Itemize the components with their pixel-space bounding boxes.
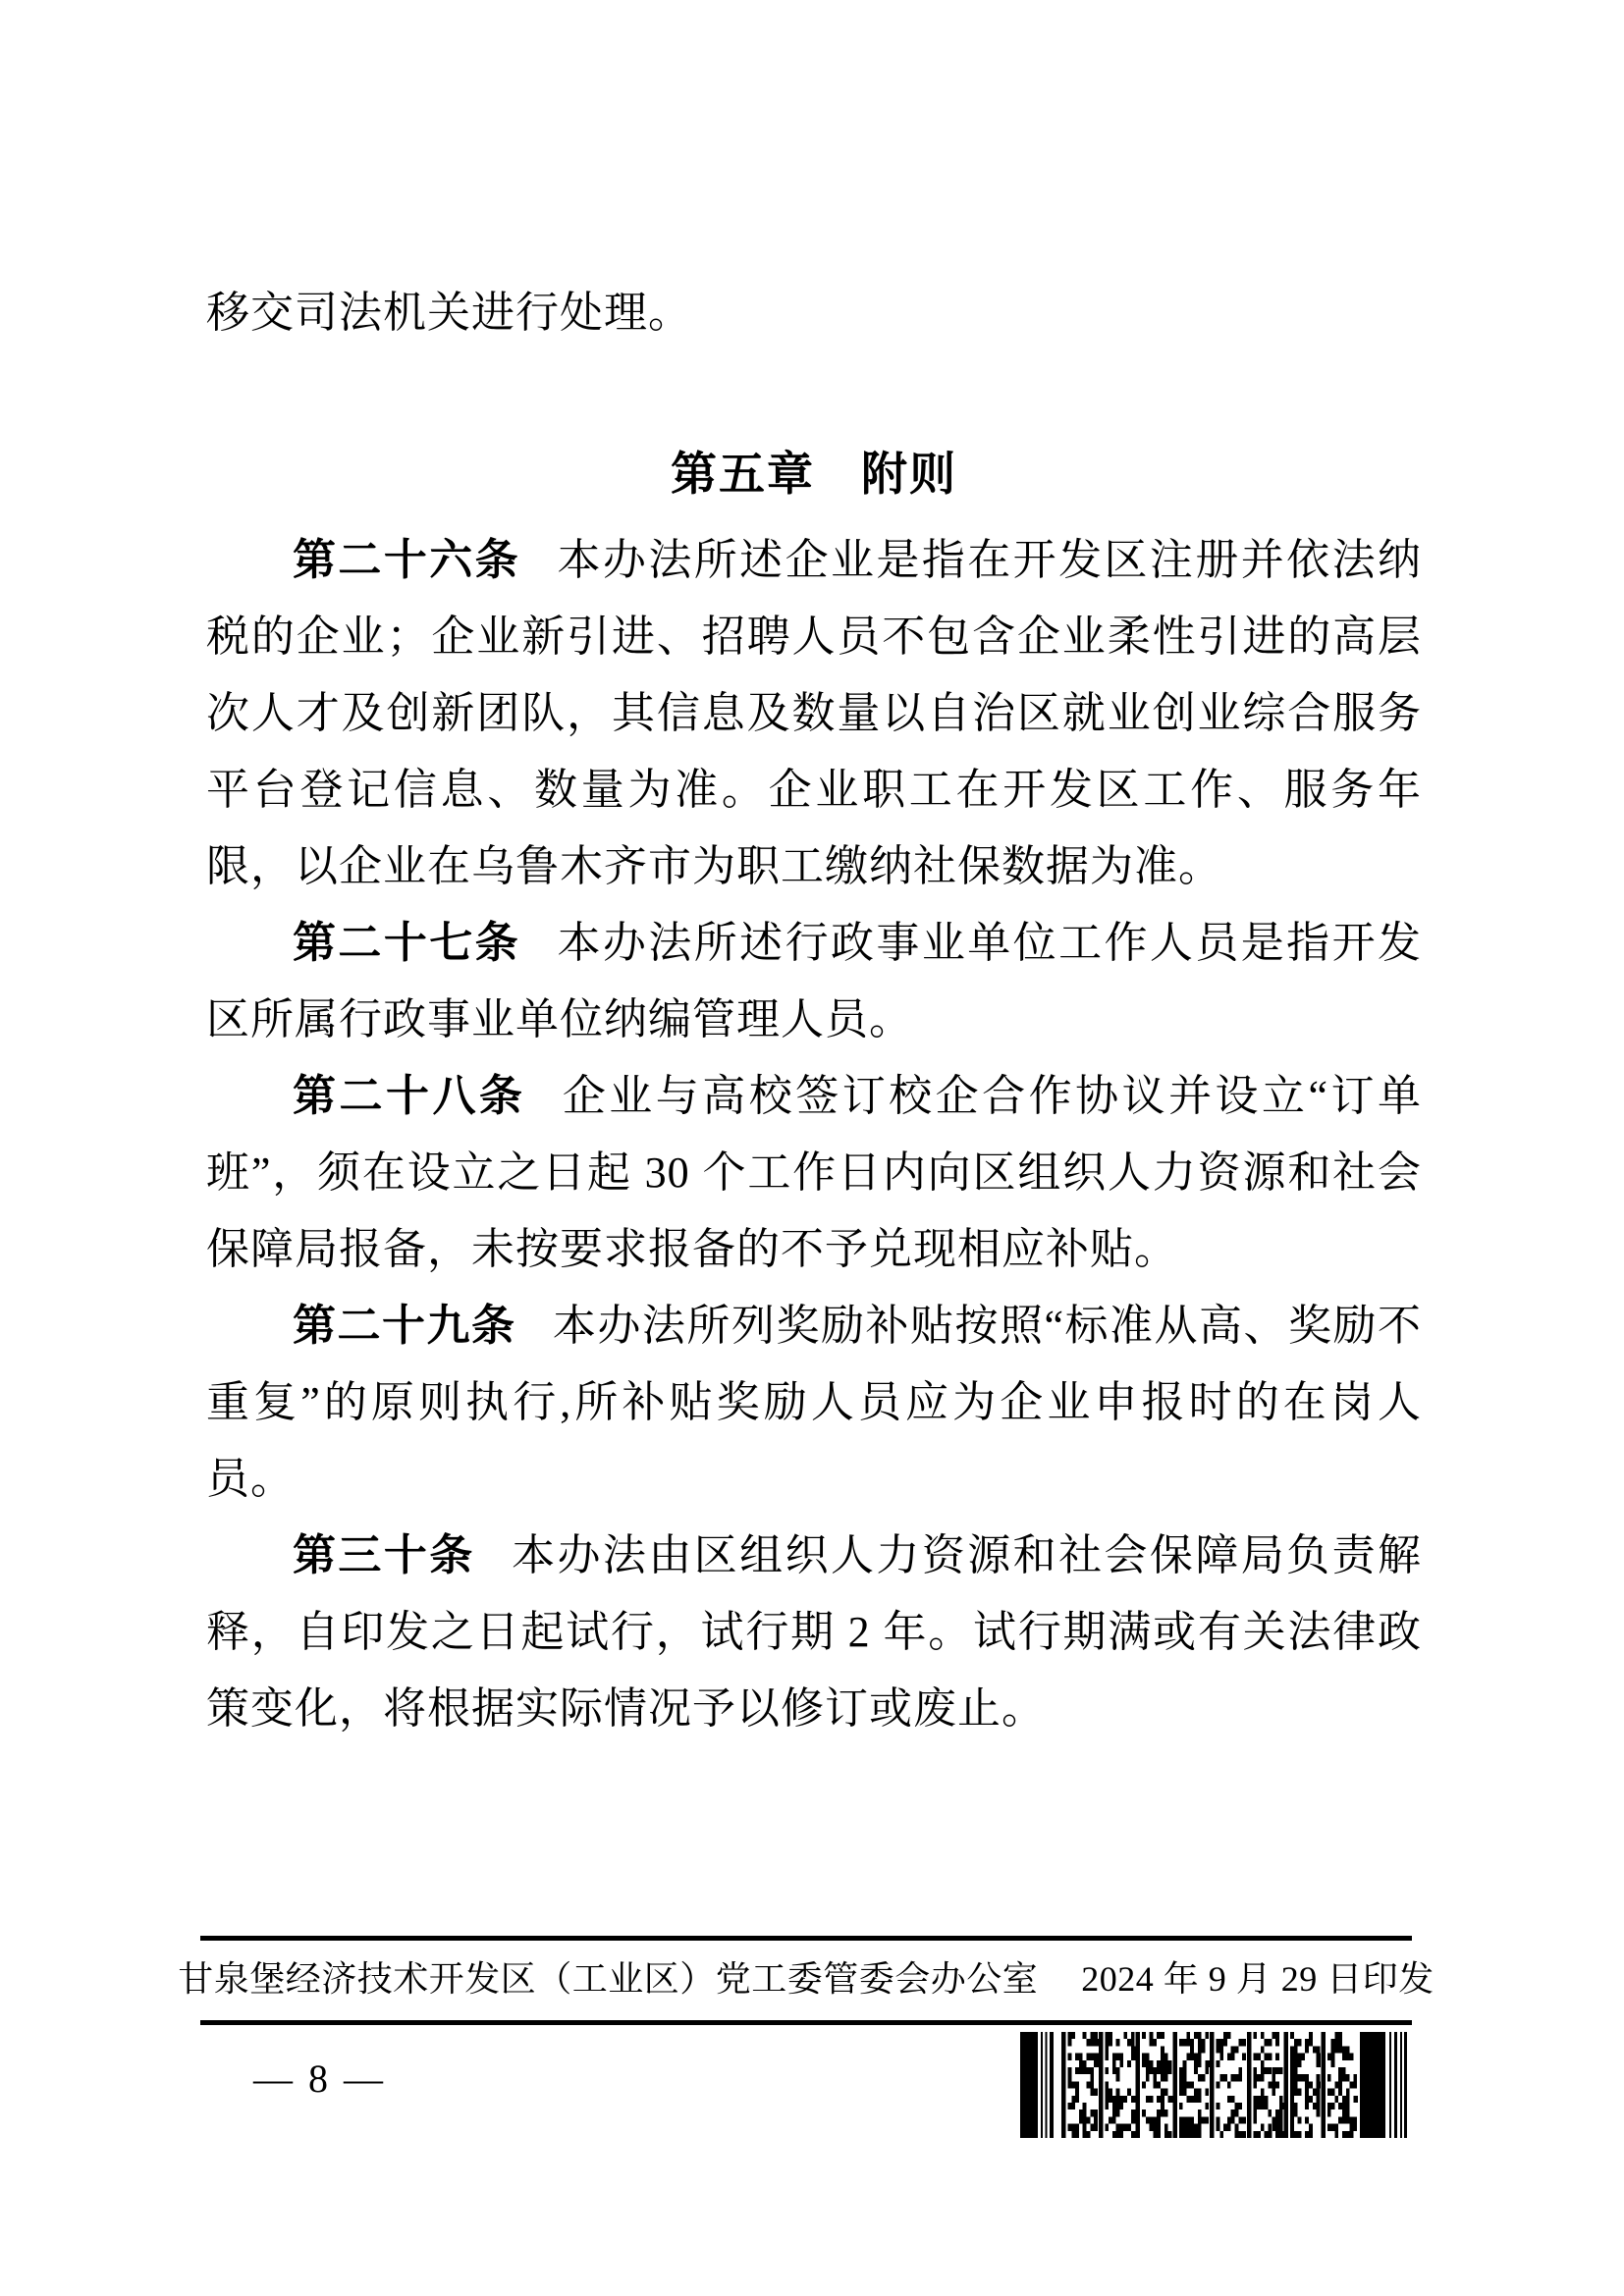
- pdf417-barcode-graphic: [1020, 2032, 1407, 2138]
- article-paragraph: 第二十八条企业与高校签订校企合作协议并设立“订单班”，须在设立之日起 30 个工…: [206, 1058, 1422, 1288]
- article-number: 第二十六条: [293, 536, 520, 584]
- article-paragraph: 第二十六条本办法所述企业是指在开发区注册并依法纳税的企业；企业新引进、招聘人员不…: [206, 522, 1422, 905]
- article-paragraph: 第三十条本办法由区组织人力资源和社会保障局负责解释，自印发之日起试行，试行期 2…: [206, 1518, 1422, 1747]
- pdf417-barcode: [1020, 2032, 1407, 2138]
- continuation-line: 移交司法机关进行处理。: [206, 275, 1422, 351]
- document-body: 移交司法机关进行处理。 第五章附则 第二十六条本办法所述企业是指在开发区注册并依…: [206, 275, 1422, 1747]
- chapter-heading: 第五章附则: [206, 444, 1422, 507]
- article-number: 第三十条: [293, 1531, 475, 1579]
- article-paragraph: 第二十九条本办法所列奖励补贴按照“标准从高、奖励不重复”的原则执行,所补贴奖励人…: [206, 1288, 1422, 1518]
- chapter-title: 附则: [861, 450, 957, 501]
- issuer-name: 甘泉堡经济技术开发区（工业区）党工委管委会办公室: [178, 1955, 1038, 2002]
- footer-rule-bottom: [200, 2020, 1412, 2025]
- article-number: 第二十七条: [293, 919, 520, 967]
- page-number-left-dash: —: [253, 2056, 293, 2101]
- article-text: 本办法所述企业是指在开发区注册并依法纳税的企业；企业新引进、招聘人员不包含企业柔…: [206, 536, 1422, 890]
- article-number: 第二十八条: [293, 1072, 525, 1120]
- page-number: —8—: [200, 2056, 436, 2103]
- page-number-value: 8: [308, 2056, 328, 2101]
- article-paragraph: 第二十七条本办法所述行政事业单位工作人员是指开发区所属行政事业单位纳编管理人员。: [206, 905, 1422, 1058]
- footer-colophon: 甘泉堡经济技术开发区（工业区）党工委管委会办公室 2024 年 9 月 29 日…: [200, 1955, 1412, 2002]
- page-number-right-dash: —: [344, 2056, 383, 2101]
- article-number: 第二十九条: [293, 1302, 516, 1350]
- print-date: 2024 年 9 月 29 日印发: [1081, 1955, 1435, 2002]
- document-page: 移交司法机关进行处理。 第五章附则 第二十六条本办法所述企业是指在开发区注册并依…: [0, 0, 1624, 2296]
- footer-rule-top: [200, 1936, 1412, 1941]
- chapter-number: 第五章: [671, 450, 815, 501]
